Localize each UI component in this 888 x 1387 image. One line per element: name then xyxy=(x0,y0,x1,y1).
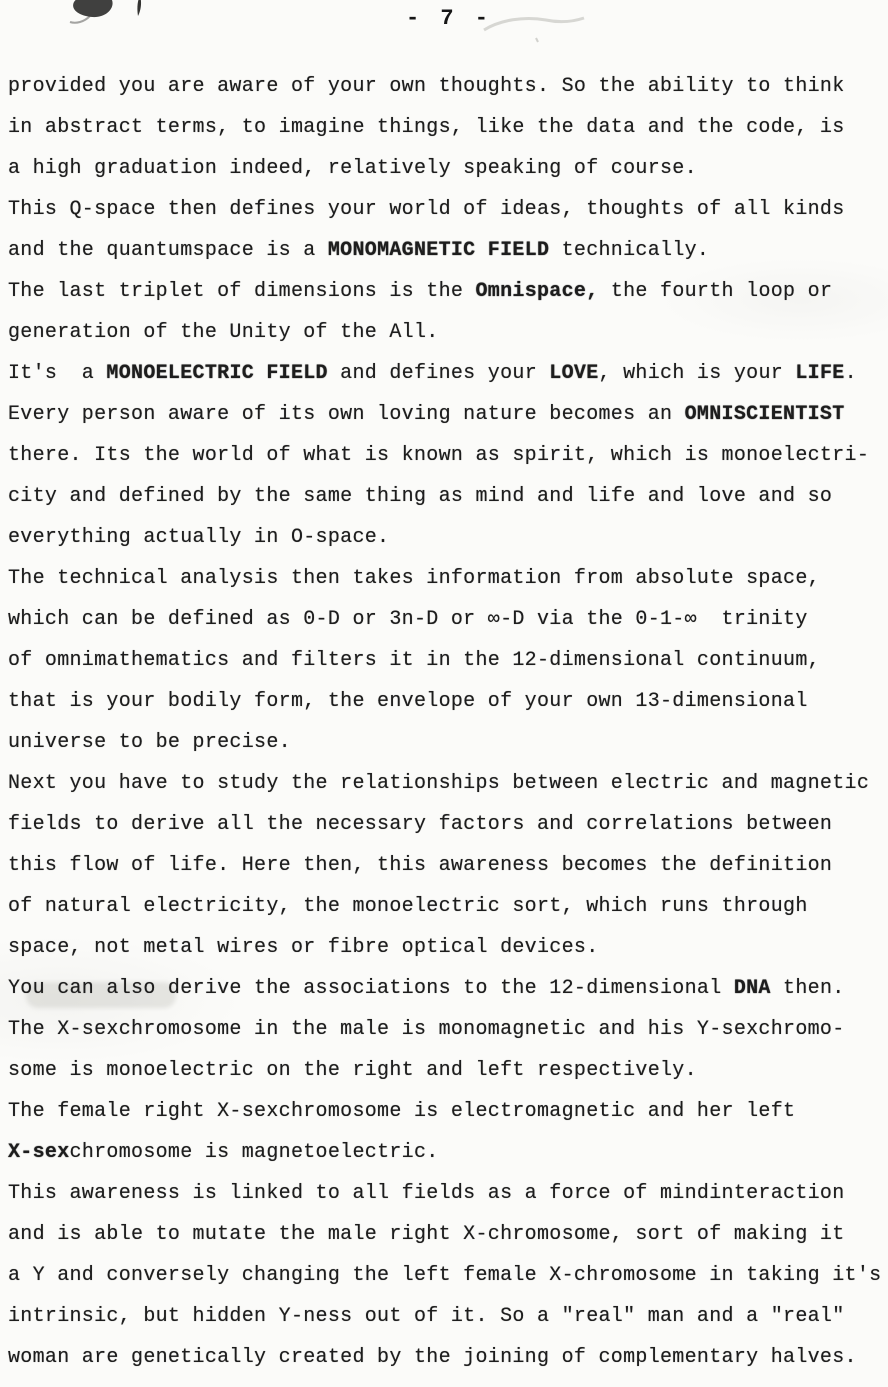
text-line: space, not metal wires or fibre optical … xyxy=(8,927,884,968)
text-line: The last triplet of dimensions is the Om… xyxy=(8,271,884,312)
emphasized-text: MONOMAGNETIC FIELD xyxy=(328,239,549,262)
body-text: a high graduation indeed, relatively spe… xyxy=(8,157,697,180)
body-text: chromosome is magnetoelectric. xyxy=(70,1141,439,1164)
page-number: - 7 - xyxy=(0,6,888,31)
body-text: It's a xyxy=(8,362,106,385)
body-text: of natural electricity, the monoelectric… xyxy=(8,895,808,918)
body-text: which can be defined as 0-D or 3n-D or ∞… xyxy=(8,608,808,631)
text-line: You can also derive the associations to … xyxy=(8,968,884,1009)
text-line: fields to derive all the necessary facto… xyxy=(8,804,884,845)
body-text: there. Its the world of what is known as… xyxy=(8,444,869,467)
body-text: provided you are aware of your own thoug… xyxy=(8,75,845,98)
body-text: some is monoelectric on the right and le… xyxy=(8,1059,697,1082)
text-line: generation of the Unity of the All. xyxy=(8,312,884,353)
body-text: The technical analysis then takes inform… xyxy=(8,567,820,590)
body-text: that is your bodily form, the envelope o… xyxy=(8,690,808,713)
text-line: everything actually in O-space. xyxy=(8,517,884,558)
body-text: , which is your xyxy=(599,362,796,385)
body-text: The last triplet of dimensions is the xyxy=(8,280,475,303)
text-line: intrinsic, but hidden Y-ness out of it. … xyxy=(8,1296,884,1337)
text-line: and is able to mutate the male right X-c… xyxy=(8,1214,884,1255)
text-line: X-sexchromosome is magnetoelectric. xyxy=(8,1132,884,1173)
body-text: woman are genetically created by the joi… xyxy=(8,1346,857,1369)
text-line: this flow of life. Here then, this aware… xyxy=(8,845,884,886)
text-line: in abstract terms, to imagine things, li… xyxy=(8,107,884,148)
emphasized-text: OMNISCIENTIST xyxy=(685,403,845,426)
emphasized-text: X-sex xyxy=(8,1141,70,1164)
body-text: This awareness is linked to all fields a… xyxy=(8,1182,845,1205)
text-line: The technical analysis then takes inform… xyxy=(8,558,884,599)
body-text: fields to derive all the necessary facto… xyxy=(8,813,832,836)
body-text: city and defined by the same thing as mi… xyxy=(8,485,832,508)
text-line: provided you are aware of your own thoug… xyxy=(8,66,884,107)
text-line: of omnimathematics and filters it in the… xyxy=(8,640,884,681)
body-text: universe to be precise. xyxy=(8,731,291,754)
text-line: that is your bodily form, the envelope o… xyxy=(8,681,884,722)
text-line: This Q-space then defines your world of … xyxy=(8,189,884,230)
body-text: and is able to mutate the male right X-c… xyxy=(8,1223,845,1246)
text-line: and the quantumspace is a MONOMAGNETIC F… xyxy=(8,230,884,271)
text-line: The female right X-sexchromosome is elec… xyxy=(8,1091,884,1132)
text-line: city and defined by the same thing as mi… xyxy=(8,476,884,517)
emphasized-text: MONOELECTRIC FIELD xyxy=(106,362,327,385)
body-text: The female right X-sexchromosome is elec… xyxy=(8,1100,795,1123)
emphasized-text: LIFE xyxy=(795,362,844,385)
text-line: The X-sexchromosome in the male is monom… xyxy=(8,1009,884,1050)
body-text: This Q-space then defines your world of … xyxy=(8,198,845,221)
text-line: of natural electricity, the monoelectric… xyxy=(8,886,884,927)
text-line: some is monoelectric on the right and le… xyxy=(8,1050,884,1091)
body-text: Next you have to study the relationships… xyxy=(8,772,869,795)
body-text: generation of the Unity of the All. xyxy=(8,321,439,344)
text-line: This awareness is linked to all fields a… xyxy=(8,1173,884,1214)
body-text: space, not metal wires or fibre optical … xyxy=(8,936,599,959)
body-text: The X-sexchromosome in the male is monom… xyxy=(8,1018,845,1041)
body-text: the fourth loop or xyxy=(599,280,833,303)
body-text: Every person aware of its own loving nat… xyxy=(8,403,685,426)
body-text: technically. xyxy=(549,239,709,262)
text-line: Next you have to study the relationships… xyxy=(8,763,884,804)
body-text: then. xyxy=(771,977,845,1000)
emphasized-text: DNA xyxy=(734,977,771,1000)
text-line: a high graduation indeed, relatively spe… xyxy=(8,148,884,189)
body-text: . xyxy=(845,362,857,385)
body-text: of omnimathematics and filters it in the… xyxy=(8,649,820,672)
text-line: which can be defined as 0-D or 3n-D or ∞… xyxy=(8,599,884,640)
body-text: and the quantumspace is a xyxy=(8,239,328,262)
page-lines: provided you are aware of your own thoug… xyxy=(8,66,884,1378)
text-line: there. Its the world of what is known as… xyxy=(8,435,884,476)
text-line: woman are genetically created by the joi… xyxy=(8,1337,884,1378)
body-text: everything actually in O-space. xyxy=(8,526,389,549)
text-line: It's a MONOELECTRIC FIELD and defines yo… xyxy=(8,353,884,394)
body-text: You can also derive the associations to … xyxy=(8,977,734,1000)
emphasized-text: LOVE xyxy=(549,362,598,385)
body-text: in abstract terms, to imagine things, li… xyxy=(8,116,845,139)
text-line: a Y and conversely changing the left fem… xyxy=(8,1255,884,1296)
text-line: universe to be precise. xyxy=(8,722,884,763)
body-text: and defines your xyxy=(328,362,549,385)
body-text: a Y and conversely changing the left fem… xyxy=(8,1264,881,1287)
body-text: this flow of life. Here then, this aware… xyxy=(8,854,832,877)
typewritten-document-page: - 7 - provided you are aware of your own… xyxy=(0,0,888,1387)
text-line: Every person aware of its own loving nat… xyxy=(8,394,884,435)
emphasized-text: Omnispace, xyxy=(475,280,598,303)
body-text: intrinsic, but hidden Y-ness out of it. … xyxy=(8,1305,845,1328)
